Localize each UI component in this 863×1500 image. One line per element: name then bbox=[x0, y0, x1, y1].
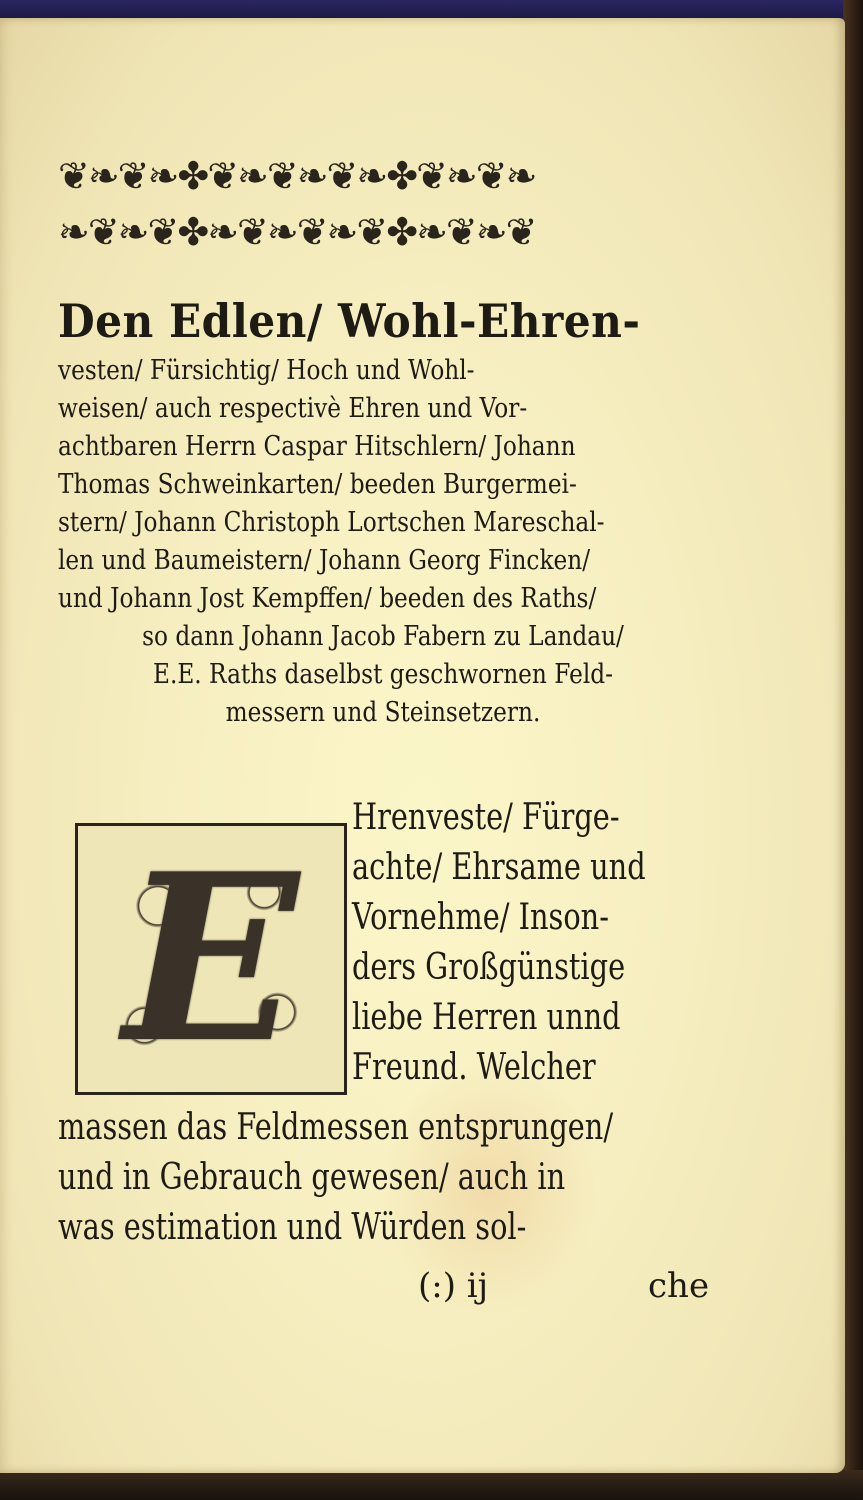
signature-mark: (:) ij bbox=[418, 1266, 488, 1306]
dedication-block: Den Edlen/ Wohl-Ehren- vesten/ Fürsichti… bbox=[58, 290, 708, 732]
body-full-width: massen das Feldmessen entsprungen/ und i… bbox=[58, 1103, 708, 1253]
catchword: che bbox=[648, 1266, 709, 1306]
dedication-line: E.E. Raths daselbst geschwornen Feld- bbox=[104, 656, 663, 694]
body-line: massen das Feldmessen entsprungen/ bbox=[58, 1103, 578, 1153]
book-cover-right-edge bbox=[843, 0, 863, 1500]
dedication-line: Thomas Schweinkarten/ beeden Burgermei- bbox=[58, 466, 617, 504]
body-indented-column: Hrenveste/ Fürge- achte/ Ehrsame und Vor… bbox=[352, 793, 712, 1093]
body-line: was estimation und Würden sol- bbox=[58, 1203, 578, 1253]
page-footer: (:) ij che bbox=[58, 1266, 708, 1316]
body-line: liebe Herren unnd bbox=[352, 993, 640, 1043]
body-line: Freund. Welcher bbox=[352, 1043, 640, 1093]
dedication-line: und Johann Jost Kempffen/ beeden des Rat… bbox=[58, 580, 617, 618]
dedication-title: Den Edlen/ Wohl-Ehren- bbox=[58, 290, 656, 352]
dedication-line: achtbaren Herrn Caspar Hitschlern/ Johan… bbox=[58, 428, 617, 466]
dedication-line: vesten/ Fürsichtig/ Hoch und Wohl- bbox=[58, 352, 617, 390]
decorated-initial: E bbox=[75, 823, 347, 1095]
dedication-line: weisen/ auch respectivè Ehren und Vor- bbox=[58, 390, 617, 428]
body-line: Hrenveste/ Fürge- bbox=[352, 793, 640, 843]
ornament-row-top: ❦❧❦❧✤❦❧❦❧❦❧✤❦❧❦❧ bbox=[58, 148, 688, 204]
book-page: ❦❧❦❧✤❦❧❦❧❦❧✤❦❧❦❧ ❧❦❧❦✤❧❦❧❦❧❦✤❧❦❧❦ Den Ed… bbox=[0, 18, 845, 1473]
body-line: Vornehme/ Inson- bbox=[352, 893, 640, 943]
header-ornament-band: ❦❧❦❧✤❦❧❦❧❦❧✤❦❧❦❧ ❧❦❧❦✤❧❦❧❦❧❦✤❧❦❧❦ bbox=[58, 148, 688, 268]
dedication-line: messern und Steinsetzern. bbox=[104, 694, 663, 732]
body-line: achte/ Ehrsame und bbox=[352, 843, 640, 893]
book-cover-bottom-edge bbox=[0, 1470, 863, 1500]
dedication-line: so dann Johann Jacob Fabern zu Landau/ bbox=[104, 618, 663, 656]
body-line: ders Großgünstige bbox=[352, 943, 640, 993]
dedication-line: len und Baumeistern/ Johann Georg Fincke… bbox=[58, 542, 617, 580]
body-line: und in Gebrauch gewesen/ auch in bbox=[58, 1153, 578, 1203]
dedication-line: stern/ Johann Christoph Lortschen Maresc… bbox=[58, 504, 617, 542]
initial-letter: E bbox=[123, 844, 298, 1074]
ornament-row-bottom: ❧❦❧❦✤❧❦❧❦❧❦✤❧❦❧❦ bbox=[58, 204, 688, 260]
